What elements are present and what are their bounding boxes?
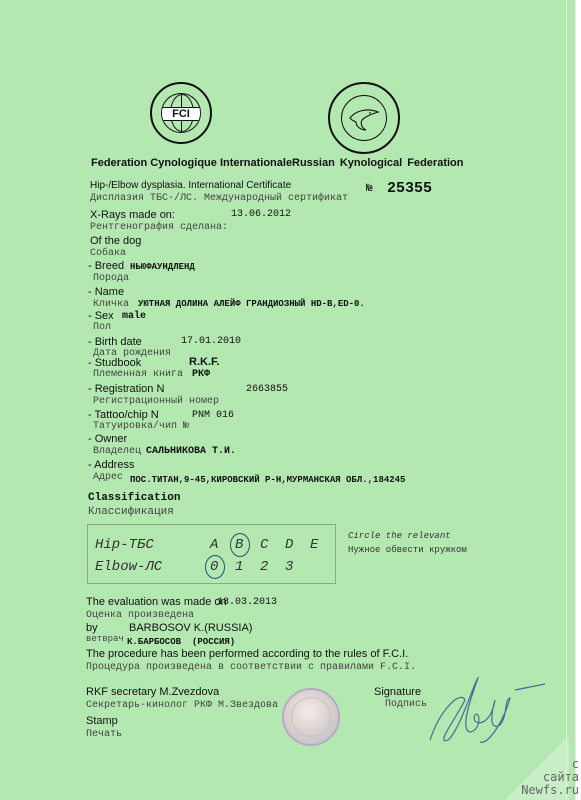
dog-label-en: Of the dog	[90, 235, 141, 247]
vet-country-ru: (РОССИЯ)	[192, 637, 235, 647]
stamp-label-en: Stamp	[86, 715, 118, 727]
name-label-en: - Name	[88, 286, 124, 298]
owner-value: САЛЬНИКОВА Т.И.	[146, 446, 236, 457]
registration-value: 2663855	[246, 384, 288, 395]
tattoo-label-en: - Tattoo/chip N	[88, 409, 159, 421]
hologram-stamp	[282, 688, 340, 746]
fci-logo: FCI	[150, 82, 212, 144]
studbook-value-ru: РКФ	[192, 369, 210, 380]
xray-label-en: X-Rays made on:	[90, 209, 175, 221]
elbow-grade-3: 3	[285, 559, 293, 575]
procedure-ru: Процедура произведена в соответствии с п…	[86, 662, 416, 673]
address-label-ru: Адрес	[93, 472, 123, 483]
procedure-en: The procedure has been performed accordi…	[86, 648, 408, 660]
evaluation-date: 18.03.2013	[217, 597, 277, 608]
watermark-line3: Newfs.ru	[521, 783, 579, 797]
elbow-grade-1: 1	[235, 559, 243, 575]
xray-label-ru: Рентгенография сделана:	[90, 222, 228, 233]
signature-label-en: Signature	[374, 686, 421, 698]
breed-label-en: - Breed	[88, 260, 124, 272]
sex-value: male	[122, 311, 146, 322]
address-value: ПОС.ТИТАН,9-45,КИРОВСКИЙ Р-Н,МУРМАНСКАЯ …	[130, 475, 405, 485]
hip-grade-d: D	[285, 537, 293, 553]
secretary-en: RKF secretary M.Zvezdova	[86, 686, 219, 698]
globe-icon: FCI	[161, 93, 201, 133]
hip-grade-a: A	[210, 537, 218, 553]
elbow-grade-0: 0	[210, 559, 218, 575]
vet-name-ru: К.БАРБОСОВ	[127, 637, 181, 647]
watermark-line2: сайта	[543, 770, 579, 784]
hip-grade-b: B	[235, 537, 243, 553]
sex-label-ru: Пол	[93, 322, 111, 333]
registration-label-en: - Registration N	[88, 383, 164, 395]
certificate-page: FCI Federation Cynologique International…	[0, 0, 576, 800]
number-sign: №	[366, 183, 373, 195]
by-label-en: by	[86, 622, 98, 634]
hip-grade-c: C	[260, 537, 268, 553]
dog-label-ru: Собака	[90, 248, 126, 259]
evaluation-label-ru: Оценка произведена	[86, 610, 194, 621]
studbook-label-ru: Племенная книга	[93, 369, 183, 380]
name-label-ru: Кличка	[93, 299, 129, 310]
evaluation-label-en: The evaluation was made on	[86, 596, 227, 608]
birth-value: 17.01.2010	[181, 336, 241, 347]
address-label-en: - Address	[88, 459, 134, 471]
certificate-title-ru: Дисплазия ТБС-/ЛС. Международный сертифи…	[90, 193, 348, 204]
owner-label-en: - Owner	[88, 433, 127, 445]
rkf-name: Russian Kynological Federation	[292, 157, 463, 169]
rkf-logo	[328, 82, 400, 154]
fci-logo-text: FCI	[162, 107, 200, 121]
circle-note-ru: Нужное обвести кружком	[348, 545, 467, 555]
xray-date: 13.06.2012	[231, 209, 291, 220]
watermark-line1: с	[572, 757, 579, 771]
hip-label: Hip-ТБС	[95, 537, 154, 553]
classification-title-en: Classification	[88, 492, 180, 504]
elbow-label: Elbow-ЛС	[95, 559, 162, 575]
tattoo-value: PNM 016	[192, 410, 234, 421]
vet-name-en: BARBOSOV K.(RUSSIA)	[129, 622, 252, 634]
classification-title-ru: Классификация	[88, 506, 174, 518]
fci-name: Federation Cynologique Internationale	[91, 157, 292, 169]
breed-label-ru: Порода	[93, 273, 129, 284]
hip-grade-e: E	[310, 537, 318, 553]
name-value: УЮТНАЯ ДОЛИНА АЛЕЙФ ГРАНДИОЗНЫЙ HD-B,ED-…	[138, 299, 365, 309]
elbow-grade-2: 2	[260, 559, 268, 575]
signature-scribble	[420, 670, 550, 750]
stamp-label-ru: Печать	[86, 729, 122, 740]
dog-head-icon	[341, 95, 387, 141]
studbook-value-en: R.K.F.	[189, 356, 220, 368]
secretary-ru: Секретарь-кинолог РКФ М.Звездова	[86, 700, 278, 711]
by-label-ru: ветврач	[86, 634, 124, 644]
sex-label-en: - Sex	[88, 310, 114, 322]
registration-label-ru: Регистрационный номер	[93, 396, 219, 407]
certificate-title-en: Hip-/Elbow dysplasia. International Cert…	[90, 180, 291, 191]
owner-label-ru: Владелец	[93, 446, 141, 457]
tattoo-label-ru: Татуировка/чип №	[93, 421, 189, 432]
classification-box: Hip-ТБС Elbow-ЛС ABCDE0123	[87, 524, 336, 584]
birth-label-en: - Birth date	[88, 336, 142, 348]
certificate-number: 25355	[387, 180, 432, 197]
circle-note-en: Circle the relevant	[348, 531, 451, 541]
breed-value: НЬЮФАУНДЛЕНД	[130, 262, 195, 272]
studbook-label-en: - Studbook	[88, 357, 141, 369]
